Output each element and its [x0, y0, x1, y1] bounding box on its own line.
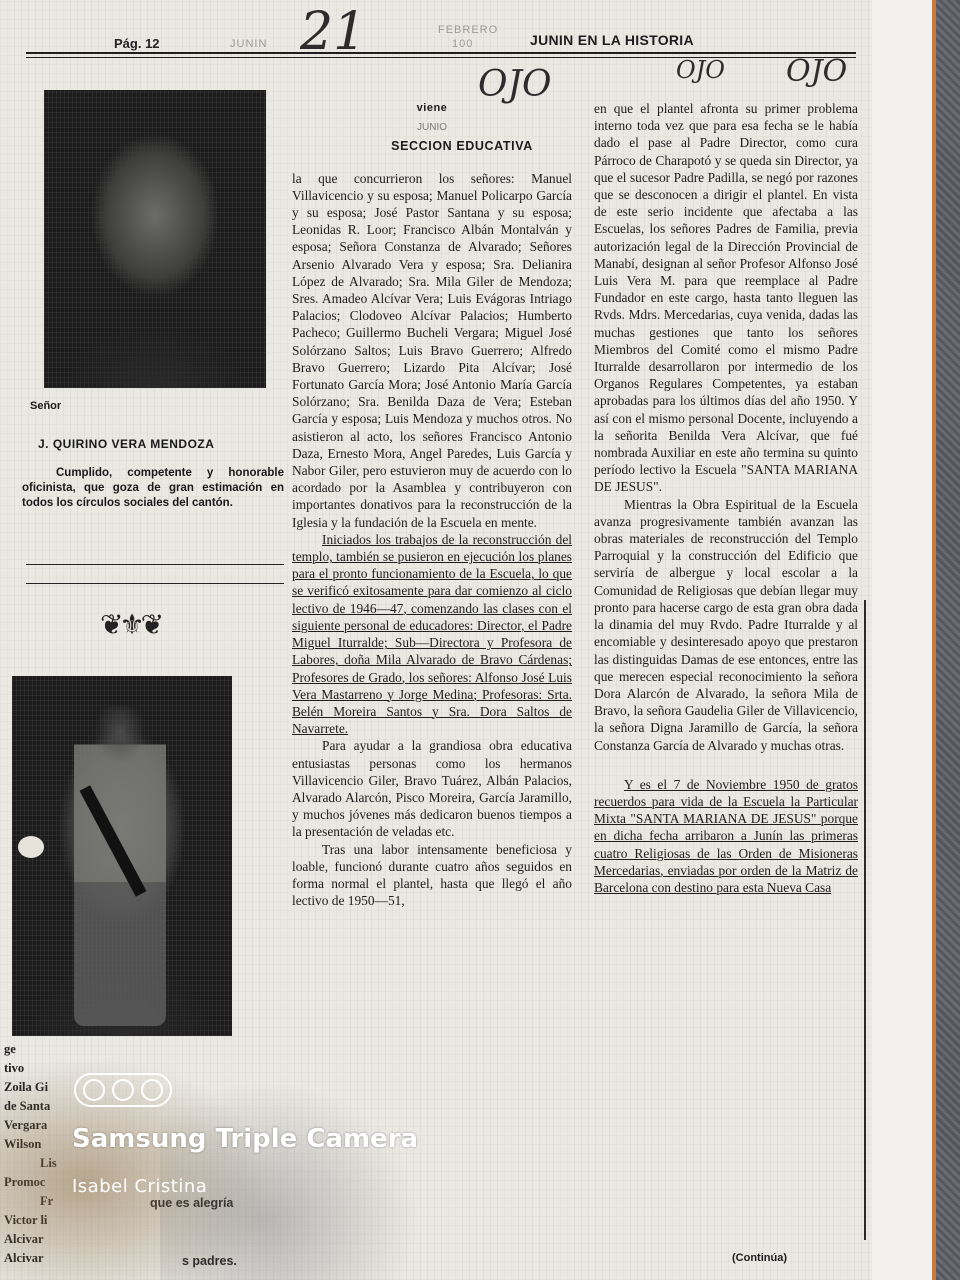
- article-paragraph: Para ayudar a la grandiosa obra educativ…: [292, 737, 572, 840]
- section-title: SECCION EDUCATIVA: [292, 138, 572, 155]
- photo-caption-description: Cumplido, competente y honorable oficini…: [22, 466, 284, 511]
- portrait-photo: [44, 90, 266, 388]
- standing-figure-photo: [12, 676, 232, 1036]
- bleed-through-text: FEBRERO: [438, 24, 498, 36]
- article-paragraph: Y es el 7 de Noviembre 1950 de gratos re…: [594, 776, 858, 896]
- triple-camera-icon: [74, 1073, 172, 1107]
- article-column-2: viene JUNIO SECCION EDUCATIVA la que con…: [292, 100, 572, 909]
- floral-ornament-icon: ❦⚜❦: [100, 608, 160, 642]
- bleed-through-text: 100: [452, 38, 473, 50]
- fragment-line: que es alegría: [150, 1196, 233, 1210]
- article-paragraph: Tras una labor intensamente beneficiosa …: [292, 841, 572, 910]
- photo-caption-name: J. QUIRINO VERA MENDOZA: [38, 437, 214, 451]
- divider: [26, 583, 284, 584]
- article-column-3: en que el plantel afronta su primer prob…: [594, 100, 858, 896]
- article-paragraph: Iniciados los trabajos de la reconstrucc…: [292, 531, 572, 737]
- newspaper-page: Pág. 12 JUNIN FEBRERO 100 JUNIN EN LA HI…: [0, 0, 936, 1280]
- page-margin: [872, 0, 932, 1280]
- bleed-through-text: JUNIN: [230, 38, 267, 50]
- camera-watermark-user: Isabel Cristina: [72, 1176, 207, 1197]
- fragment-line: Victor li: [4, 1211, 94, 1230]
- photo-caption-prefix: Señor: [30, 400, 61, 412]
- publication-title: JUNIN EN LA HISTORIA: [530, 32, 694, 48]
- fragment-line: Lis: [4, 1154, 94, 1173]
- divider: [26, 564, 284, 565]
- handwritten-ojo: OJO: [478, 64, 551, 105]
- camera-watermark-brand: Samsung Triple Camera: [72, 1124, 418, 1154]
- bleed-through-text: JUNIO: [292, 119, 572, 136]
- adjacent-article-fragment: ge tivo Zoila Gi de Santa Vergara Wilson…: [4, 1040, 94, 1268]
- page-number: Pág. 12: [114, 36, 160, 51]
- column-rule: [864, 600, 866, 1240]
- fragment-line: Alcivar: [4, 1249, 94, 1268]
- article-paragraph: Mientras la Obra Espiritual de la Escuel…: [594, 496, 858, 754]
- fragment-line: ge: [4, 1040, 94, 1059]
- article-paragraph: la que concurrieron los señores: Manuel …: [292, 170, 572, 531]
- header-rule: [26, 57, 856, 58]
- fragment-line: Alcivar: [4, 1230, 94, 1249]
- table-surface-background: [932, 0, 960, 1280]
- fragment-line: s padres.: [182, 1254, 237, 1268]
- continued-from-label: viene: [292, 100, 572, 117]
- handwritten-ojo: OJO: [676, 56, 725, 84]
- handwritten-ojo: OJO: [786, 54, 847, 89]
- header-rule: [26, 52, 856, 54]
- continued-label: (Continúa): [732, 1252, 787, 1264]
- article-paragraph: en que el plantel afronta su primer prob…: [594, 100, 858, 496]
